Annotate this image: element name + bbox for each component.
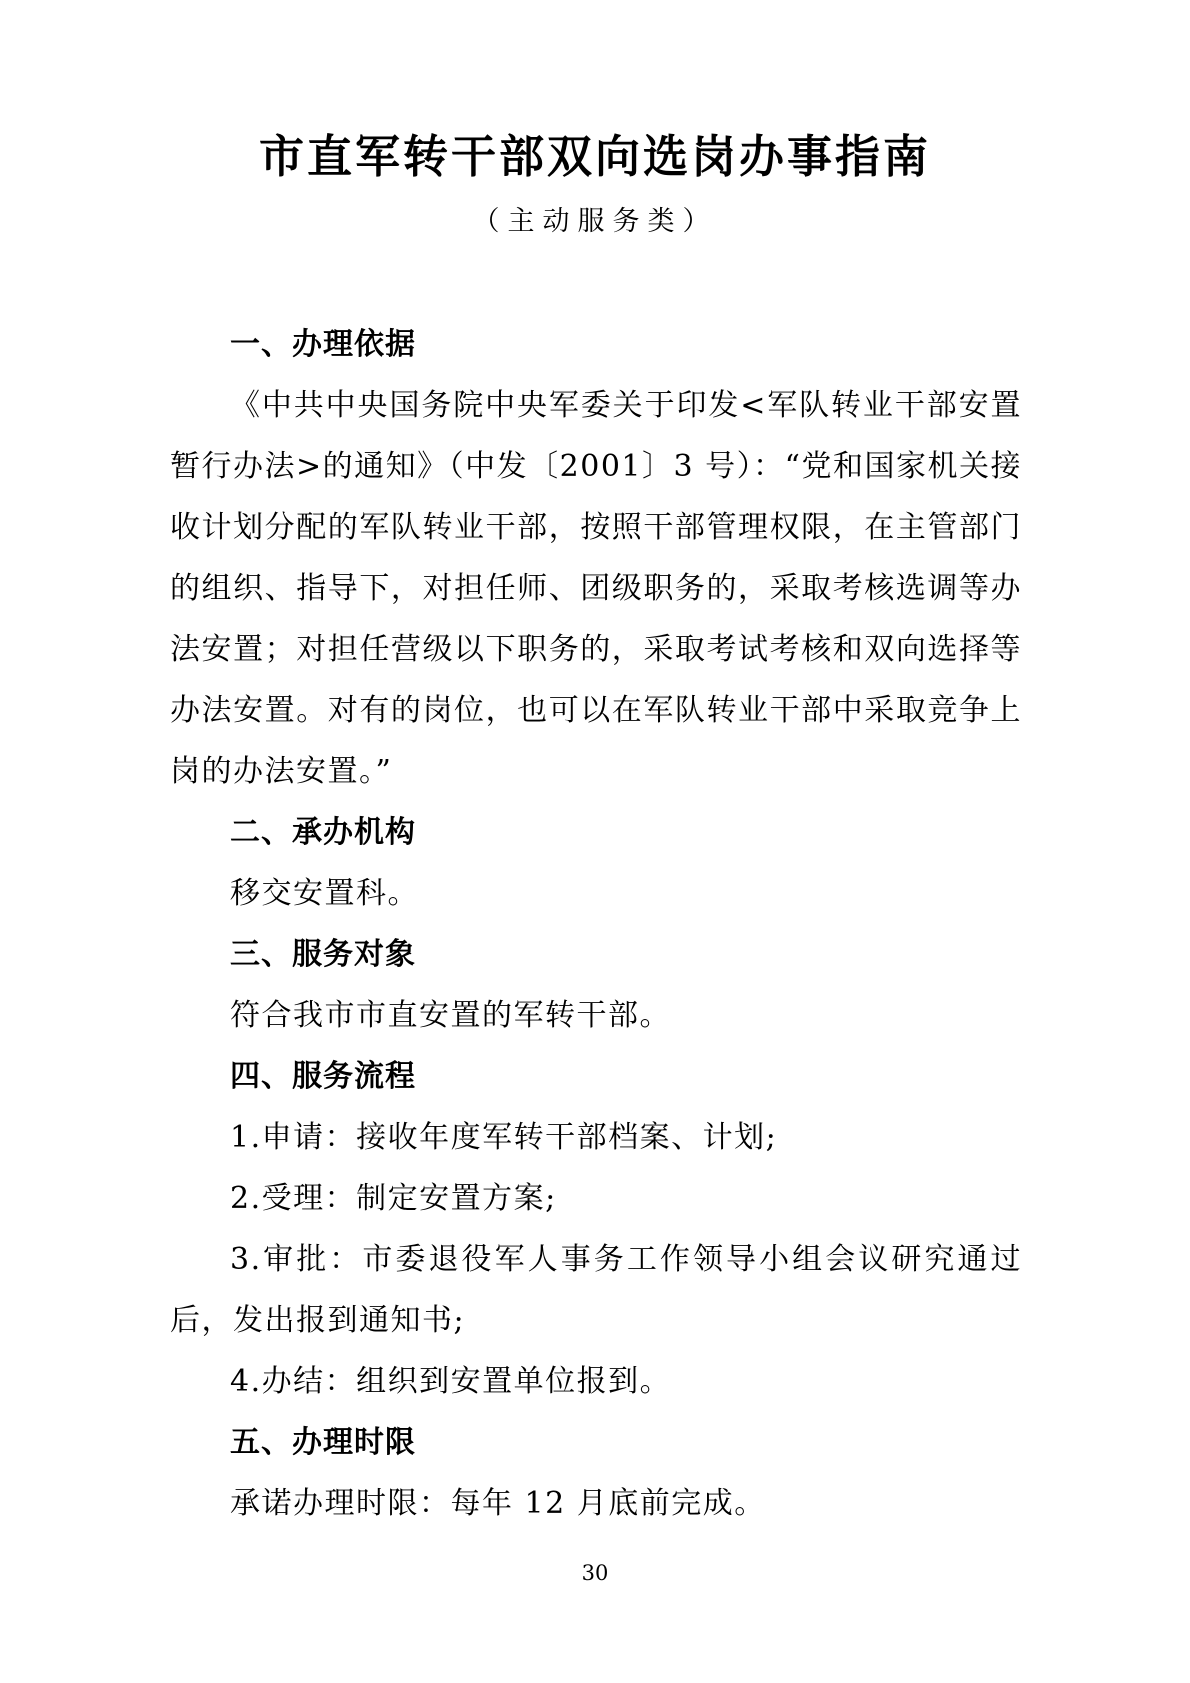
section-heading-5-time-limit: 五、办理时限 — [170, 1412, 1022, 1473]
process-step-2: 2.受理：制定安置方案; — [170, 1168, 1022, 1229]
section-1-paragraph: 《中共中央国务院中央军委关于印发<军队转业干部安置暂行办法>的通知》（中发〔20… — [170, 375, 1022, 802]
document-subtitle: （主动服务类） — [0, 206, 1190, 238]
section-heading-2-agency: 二、承办机构 — [170, 802, 1022, 863]
section-2-paragraph: 移交安置科。 — [170, 863, 1022, 924]
process-step-4: 4.办结：组织到安置单位报到。 — [170, 1351, 1022, 1412]
section-5-paragraph: 承诺办理时限：每年 12 月底前完成。 — [170, 1473, 1022, 1534]
process-step-3: 3.审批：市委退役军人事务工作领导小组会议研究通过后，发出报到通知书; — [170, 1229, 1022, 1351]
section-3-paragraph: 符合我市市直安置的军转干部。 — [170, 985, 1022, 1046]
page-number: 30 — [0, 1561, 1190, 1585]
document-body: 一、办理依据 《中共中央国务院中央军委关于印发<军队转业干部安置暂行办法>的通知… — [170, 314, 1022, 1534]
section-heading-1-basis: 一、办理依据 — [170, 314, 1022, 375]
section-heading-3-audience: 三、服务对象 — [170, 924, 1022, 985]
section-heading-4-process: 四、服务流程 — [170, 1046, 1022, 1107]
document-title: 市直军转干部双向选岗办事指南 — [0, 0, 1190, 184]
document-page: 市直军转干部双向选岗办事指南 （主动服务类） 一、办理依据 《中共中央国务院中央… — [0, 0, 1190, 1683]
process-step-1: 1.申请：接收年度军转干部档案、计划; — [170, 1107, 1022, 1168]
